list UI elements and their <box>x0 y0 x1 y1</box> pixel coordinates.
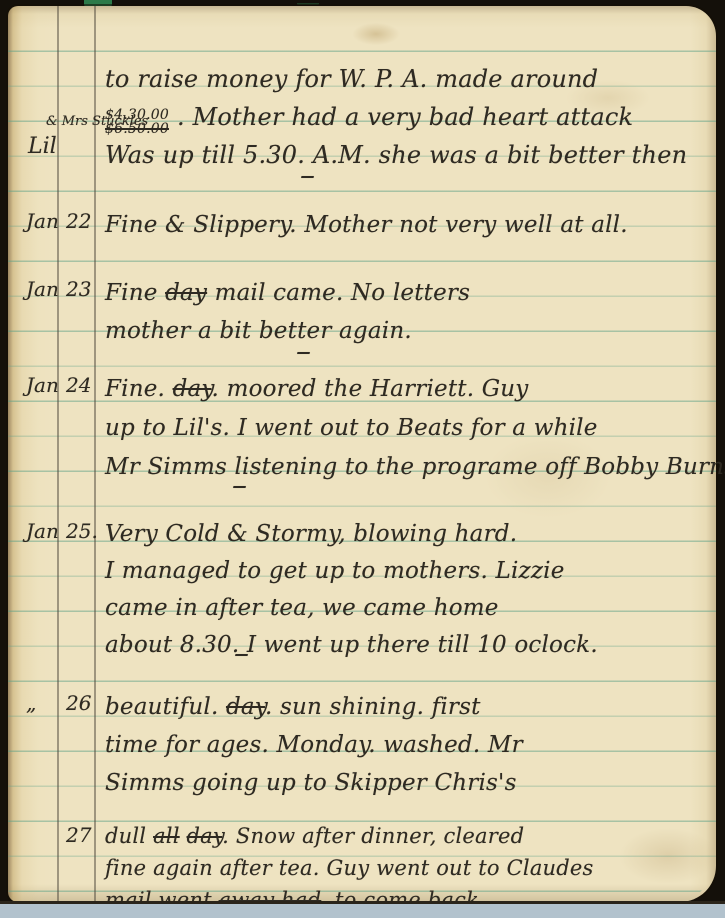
word-span: dull <box>105 824 153 848</box>
entry-line: to raise money for W. P. A. made around <box>105 60 687 98</box>
word-span: Fine & Slippery. Mother not very well at… <box>105 212 628 238</box>
entry-line: up to Lil's. I went out to Beats for a w… <box>105 409 710 448</box>
word-span: Fine. <box>105 376 173 402</box>
entry-line: Fine. day. moored the Harriett. Guy <box>105 370 710 409</box>
word-span: beautiful. <box>105 694 226 720</box>
word-span: Very Cold & Stormy, blowing hard. <box>105 521 517 547</box>
word-span: . Snow after dinner, cleared <box>222 824 524 848</box>
struck-word: day <box>226 694 265 720</box>
entry-line: Mr Simms listening to the programe off B… <box>105 448 710 487</box>
entry-text: beautiful. day. sun shining. firsttime f… <box>105 688 710 802</box>
entry-text: Fine day mail came. No lettersmother a b… <box>105 274 710 350</box>
struck-word: day <box>187 824 223 848</box>
scanner-bed <box>0 904 725 918</box>
diary-entry-23: Jan23Fine day mail came. No lettersmothe… <box>8 274 710 350</box>
entry-line: $4.30.00 $6.50.00 . Mother had a very ba… <box>105 98 687 136</box>
entry-month: Jan <box>26 519 59 543</box>
entry-month: Jan <box>26 209 59 233</box>
entry-line: Very Cold & Stormy, blowing hard. <box>105 516 710 553</box>
entry-line: Simms going up to Skipper Chris's <box>105 764 710 802</box>
entry-line: mother a bit better again. <box>105 312 710 350</box>
word-span: fine again after tea. Guy went out to Cl… <box>105 856 594 880</box>
struck-word: day <box>165 280 207 306</box>
margin-note-lil: Lil <box>28 134 57 159</box>
word-span: came in after tea, we came home <box>105 595 499 621</box>
word-span <box>180 824 187 848</box>
entry-separator-dash: – <box>300 158 315 193</box>
word-span: about 8.30. I went up there till 10 oclo… <box>105 632 598 658</box>
diary-entry-22: Jan22Fine & Slippery. Mother not very we… <box>8 206 710 244</box>
amount-correction: $4.30.00 $6.50.00 <box>105 108 169 136</box>
entry-month: Jan <box>26 277 59 301</box>
entry-day: 27 <box>66 823 91 847</box>
entry-line: came in after tea, we came home <box>105 590 710 627</box>
entry-day: 22 <box>66 209 91 233</box>
notebook-page: & Mrs Stuckles Lil to raise money for W.… <box>8 6 716 902</box>
entry-day: 23 <box>66 277 91 301</box>
entry-line: I managed to get up to mothers. Lizzie <box>105 553 710 590</box>
entry-line: time for ages. Monday. washed. Mr <box>105 726 710 764</box>
entry-month: „ <box>26 691 36 715</box>
word-span: Mr Simms listening to the programe off B… <box>105 454 725 480</box>
word-span: . moored the Harriett. Guy <box>212 376 529 402</box>
entry-line: dull all day. Snow after dinner, cleared <box>105 820 710 852</box>
entry-text: Fine & Slippery. Mother not very well at… <box>105 206 710 244</box>
entry-line: Fine & Slippery. Mother not very well at… <box>105 206 710 244</box>
amount-top: $4.30.00 <box>105 108 169 122</box>
entry-line: about 8.30. I went up there till 10 oclo… <box>105 627 710 664</box>
word-span: time for ages. Monday. washed. Mr <box>105 732 523 758</box>
struck-word: day <box>173 376 212 402</box>
word-span: . sun shining. first <box>265 694 481 720</box>
entry-text: Fine. day. moored the Harriett. Guyup to… <box>105 370 710 487</box>
word-span: up to Lil's. I went out to Beats for a w… <box>105 415 598 441</box>
word-span: mother a bit better again. <box>105 318 412 344</box>
entry-line: Fine day mail came. No letters <box>105 274 710 312</box>
word-span: I managed to get up to mothers. Lizzie <box>105 558 565 584</box>
entry-text: Very Cold & Stormy, blowing hard.I manag… <box>105 516 710 664</box>
amount-bottom-struck: $6.50.00 <box>105 122 169 136</box>
entry-continuation: to raise money for W. P. A. made around … <box>105 60 687 174</box>
word-span: mail came. No letters <box>207 280 470 306</box>
entry-month: Jan <box>26 373 59 397</box>
entry-day: 24 <box>66 373 91 397</box>
word-span: . Mother had a very bad heart attack <box>177 103 633 131</box>
word-span: Simms going up to Skipper Chris's <box>105 770 517 796</box>
entry-line: fine again after tea. Guy went out to Cl… <box>105 852 710 884</box>
word-span: Fine <box>105 280 165 306</box>
entry-line: beautiful. day. sun shining. first <box>105 688 710 726</box>
entry-line: Was up till 5.30. A.M. she was a bit bet… <box>105 136 687 174</box>
entry-day: 26 <box>66 691 91 715</box>
entry-day: 25. <box>66 519 98 543</box>
diary-entry-25: Jan25.Very Cold & Stormy, blowing hard.I… <box>8 516 710 664</box>
struck-word: all <box>153 824 180 848</box>
diary-entry-26: „26beautiful. day. sun shining. firsttim… <box>8 688 710 802</box>
diary-entry-24: Jan24Fine. day. moored the Harriett. Guy… <box>8 370 710 487</box>
